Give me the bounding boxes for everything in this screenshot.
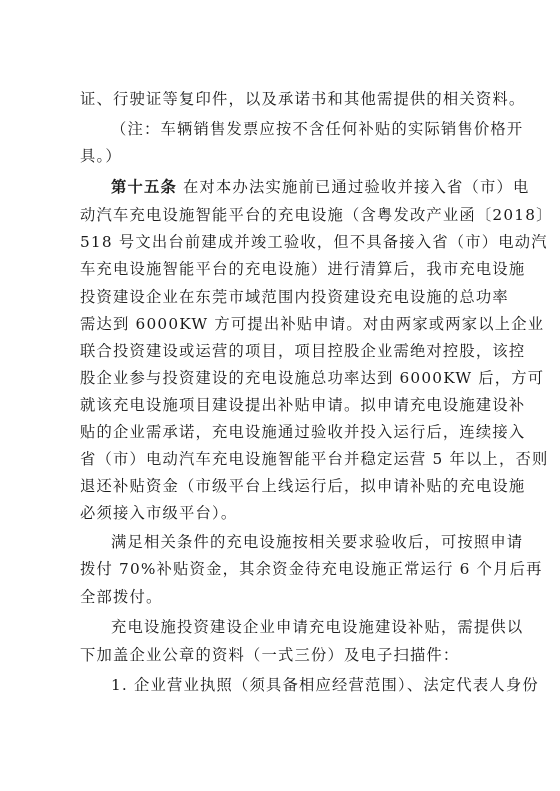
- paragraph-line: 联合投资建设或运营的项目，项目控股企业需绝对控股，该控: [80, 340, 478, 362]
- line-text: 动汽车充电设施智能平台的充电设施（含粤发改产业函〔2018〕: [80, 206, 553, 224]
- line-text: 全部拨付。: [80, 588, 163, 606]
- line-text: 下加盖企业公章的资料（一式三份）及电子扫描件：: [80, 646, 459, 664]
- line-text: 省（市）电动汽车充电设施智能平台并稳定运营 5 年以上，否则: [80, 450, 548, 468]
- paragraph-line: 满足相关条件的充电设施按相关要求验收后，可按照申请: [111, 531, 478, 553]
- paragraph-line: 退还补贴资金（市级平台上线运行后，拟申请补贴的充电设施: [80, 475, 478, 497]
- line-text: 518 号文出台前建成并竣工验收，但不具备接入省（市）电动汽: [80, 233, 548, 251]
- line-text: 车充电设施智能平台的充电设施）进行清算后，我市充电设施: [80, 260, 525, 278]
- line-text: 股企业参与投资建设的充电设施总功率达到 6000KW 后，方可: [80, 369, 544, 387]
- line-text: （注：车辆销售发票应按不含任何补贴的实际销售价格开: [111, 120, 523, 138]
- line-text: 退还补贴资金（市级平台上线运行后，拟申请补贴的充电设施: [80, 477, 525, 495]
- paragraph-line: 动汽车充电设施智能平台的充电设施（含粤发改产业函〔2018〕: [80, 204, 478, 226]
- paragraph-line: 518 号文出台前建成并竣工验收，但不具备接入省（市）电动汽: [80, 231, 478, 253]
- line-text: 具。）: [80, 147, 122, 165]
- paragraph-line: 股企业参与投资建设的充电设施总功率达到 6000KW 后，方可: [80, 367, 478, 389]
- paragraph-line: 全部拨付。: [80, 586, 163, 608]
- line-text: 必须接入市级平台）。: [80, 504, 237, 522]
- article-number: 第十五条: [111, 178, 177, 196]
- paragraph-line: 证、行驶证等复印件，以及承诺书和其他需提供的相关资料。: [80, 88, 478, 110]
- line-text: 满足相关条件的充电设施按相关要求验收后，可按照申请: [111, 533, 523, 551]
- paragraph-line: 需达到 6000KW 方可提出补贴申请。对由两家或两家以上企业: [80, 313, 478, 335]
- line-text: 投资建设企业在东莞市域范围内投资建设充电设施的总功率: [80, 288, 509, 306]
- line-text: 联合投资建设或运营的项目，项目控股企业需绝对控股，该控: [80, 342, 525, 360]
- line-text: 拨付 70%补贴资金，其余资金待充电设施正常运行 6 个月后再: [80, 560, 543, 578]
- line-text: 需达到 6000KW 方可提出补贴申请。对由两家或两家以上企业: [80, 315, 544, 333]
- line-text: 1. 企业营业执照（须具备相应经营范围）、法定代表人身份: [111, 676, 539, 694]
- paragraph-line: 省（市）电动汽车充电设施智能平台并稳定运营 5 年以上，否则: [80, 448, 478, 470]
- paragraph-line: 必须接入市级平台）。: [80, 502, 237, 524]
- paragraph-line: 车充电设施智能平台的充电设施）进行清算后，我市充电设施: [80, 258, 478, 280]
- paragraph-line: 投资建设企业在东莞市域范围内投资建设充电设施的总功率: [80, 286, 478, 308]
- paragraph-line: 下加盖企业公章的资料（一式三份）及电子扫描件：: [80, 644, 459, 666]
- paragraph-line: 就该充电设施项目建设提出补贴申请。拟申请充电设施建设补: [80, 394, 478, 416]
- line-text: 证、行驶证等复印件，以及承诺书和其他需提供的相关资料。: [80, 90, 525, 108]
- paragraph-line: 1. 企业营业执照（须具备相应经营范围）、法定代表人身份: [111, 674, 478, 696]
- paragraph-line: （注：车辆销售发票应按不含任何补贴的实际销售价格开: [111, 118, 478, 140]
- line-text: 充电设施投资建设企业申请充电设施建设补贴，需提供以: [111, 618, 523, 636]
- line-text: 就该充电设施项目建设提出补贴申请。拟申请充电设施建设补: [80, 396, 525, 414]
- paragraph-line: 具。）: [80, 145, 122, 167]
- line-text: 贴的企业需承诺，充电设施通过验收并投入运行后，连续接入: [80, 423, 525, 441]
- line-text: 在对本办法实施前已通过验收并接入省（市）电: [177, 178, 530, 196]
- article-heading-line: 第十五条 在对本办法实施前已通过验收并接入省（市）电: [111, 176, 478, 198]
- paragraph-line: 贴的企业需承诺，充电设施通过验收并投入运行后，连续接入: [80, 421, 478, 443]
- paragraph-line: 充电设施投资建设企业申请充电设施建设补贴，需提供以: [111, 616, 478, 638]
- paragraph-line: 拨付 70%补贴资金，其余资金待充电设施正常运行 6 个月后再: [80, 558, 478, 580]
